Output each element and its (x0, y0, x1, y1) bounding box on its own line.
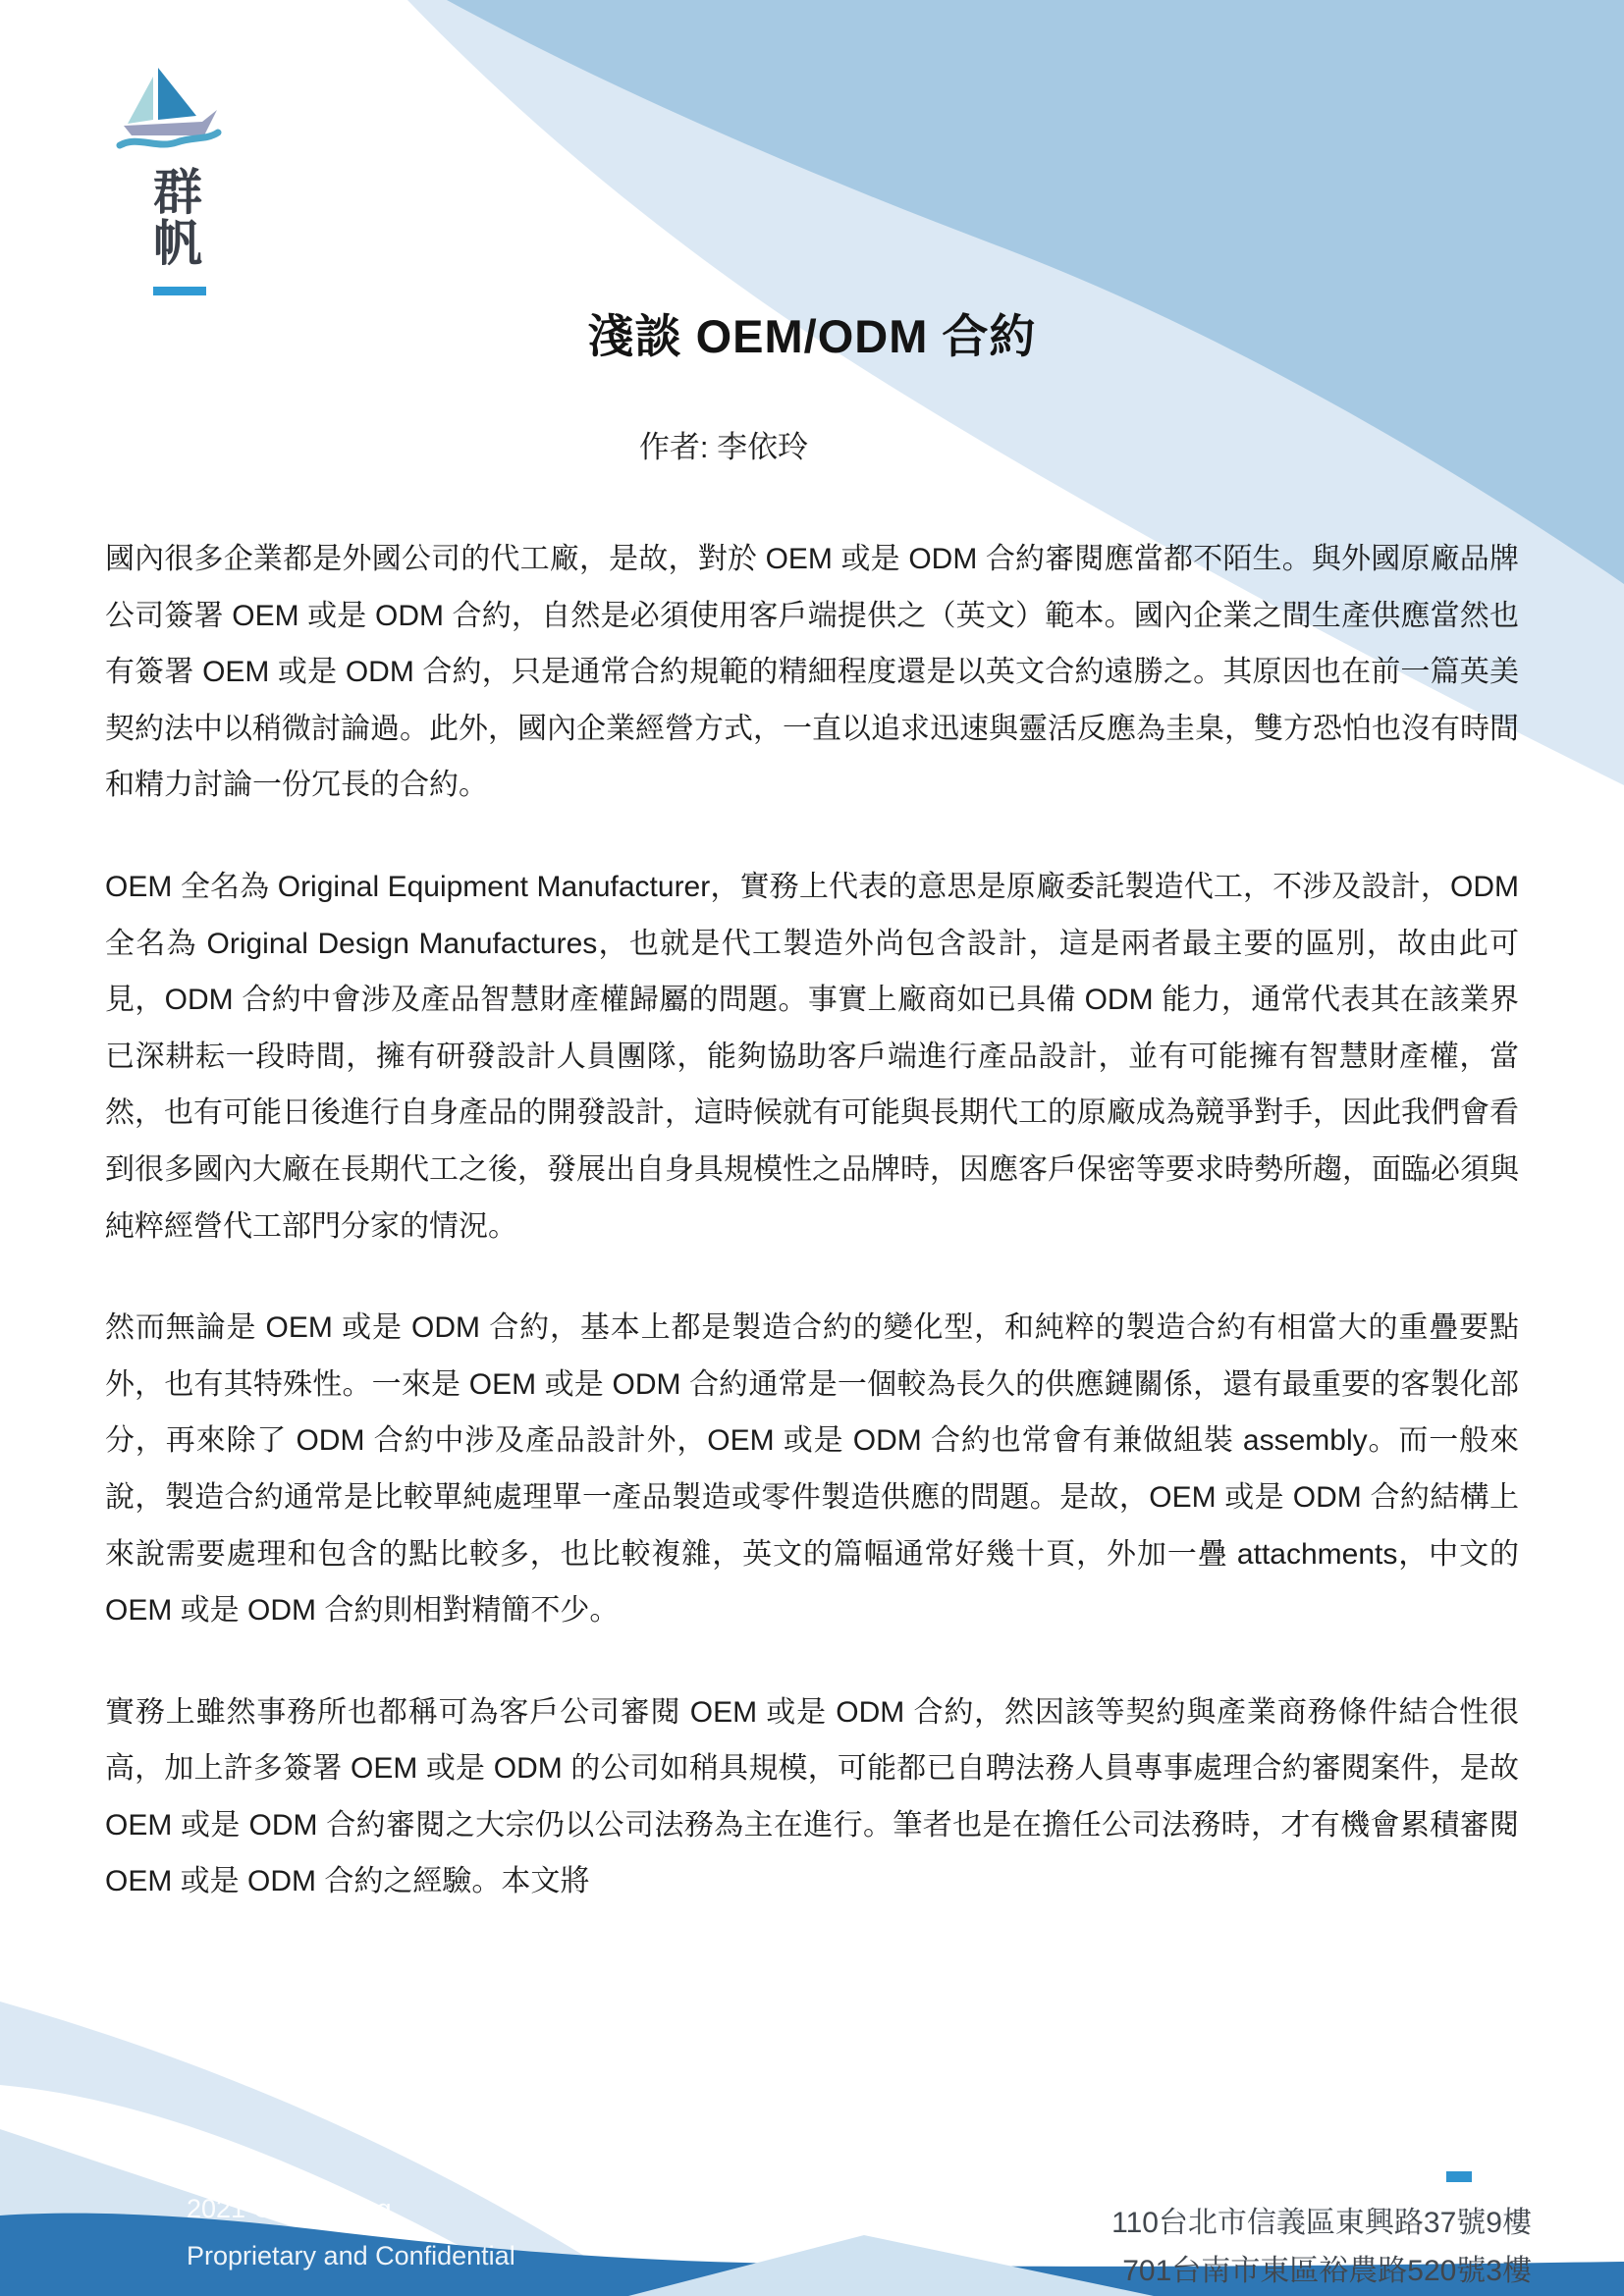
address-taipei: 110台北市信義區東興路37號9樓 (1111, 2199, 1532, 2247)
copyright-line: 2021 © IP Sailing (187, 2185, 515, 2232)
paragraph-2: OEM 全名為 Original Equipment Manufacturer，… (105, 859, 1519, 1255)
address-accent-dash (1446, 2171, 1472, 2182)
logo-char-2: 帆 (147, 218, 208, 269)
document-page: 群 帆 淺談 OEM/ODM 合約 作者: 李依玲 國內很多企業都是外國公司的代… (0, 0, 1624, 2296)
confidential-line: Proprietary and Confidential (187, 2232, 515, 2279)
article-body: 國內很多企業都是外國公司的代工廠，是故，對於 OEM 或是 ODM 合約審閱應當… (105, 531, 1519, 1955)
logo-wordmark: 群 帆 (147, 167, 208, 269)
footer-addresses: 110台北市信義區東興路37號9樓 701台南市東區裕農路520號3樓 (1111, 2199, 1532, 2295)
author-line: 作者: 李依玲 (0, 422, 1447, 466)
company-logo: 群 帆 (116, 65, 273, 155)
sailboat-icon (116, 65, 232, 155)
footer-copyright: 2021 © IP Sailing Proprietary and Confid… (187, 2185, 515, 2279)
logo-char-1: 群 (147, 167, 208, 218)
paragraph-3: 然而無論是 OEM 或是 ODM 合約，基本上都是製造合約的變化型，和純粹的製造… (105, 1300, 1519, 1639)
logo-underline (153, 287, 206, 295)
paragraph-4: 實務上雖然事務所也都稱可為客戶公司審閱 OEM 或是 ODM 合約，然因該等契約… (105, 1684, 1519, 1910)
paragraph-1: 國內很多企業都是外國公司的代工廠，是故，對於 OEM 或是 ODM 合約審閱應當… (105, 531, 1519, 814)
page-title: 淺談 OEM/ODM 合約 (0, 300, 1624, 366)
address-tainan: 701台南市東區裕農路520號3樓 (1111, 2247, 1532, 2295)
